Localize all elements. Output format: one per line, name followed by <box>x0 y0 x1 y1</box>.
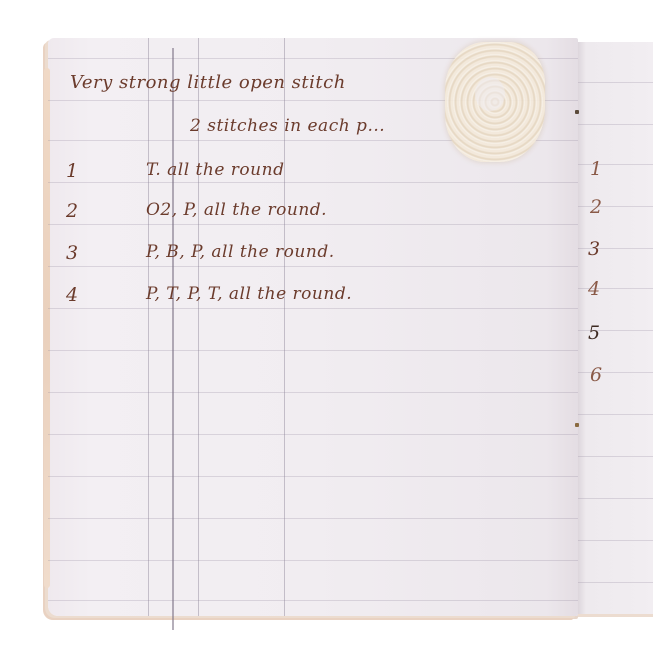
rule-line <box>578 498 653 499</box>
rule-line <box>578 582 653 583</box>
rule-line <box>578 82 653 83</box>
rule-line <box>48 434 578 435</box>
row-instruction: T. all the round <box>146 160 284 180</box>
rule-line <box>48 224 578 225</box>
row-number: 3 <box>66 242 79 264</box>
notebook-photo: Very strong little open stitch 2 stitche… <box>0 0 653 650</box>
right-row-number: 1 <box>590 158 603 180</box>
row-instruction: P, T, P, T, all the round. <box>146 284 352 304</box>
row-number: 4 <box>66 284 79 306</box>
right-row-number: 3 <box>588 238 601 260</box>
right-row-number: 6 <box>590 364 603 386</box>
right-page: 1 2 3 4 5 6 <box>578 42 653 614</box>
lace-sample <box>445 42 545 162</box>
row-instruction: O2, P, all the round. <box>146 200 327 220</box>
rule-line <box>48 392 578 393</box>
rule-line <box>578 540 653 541</box>
rule-line <box>48 266 578 267</box>
rule-line <box>48 182 578 183</box>
row-number: 2 <box>66 200 79 222</box>
binding-stitch-mark <box>575 423 579 427</box>
rule-line <box>48 518 578 519</box>
column-rule-double <box>172 48 174 630</box>
row-instruction: P, B, P, all the round. <box>146 242 335 262</box>
rule-line <box>48 600 578 601</box>
right-row-number: 2 <box>590 196 603 218</box>
rule-line <box>578 414 653 415</box>
rule-line <box>578 456 653 457</box>
subheading-text: 2 stitches in each p... <box>190 116 385 136</box>
right-row-number: 5 <box>588 322 601 344</box>
rule-line <box>48 308 578 309</box>
rule-line <box>48 476 578 477</box>
column-rule <box>148 38 149 616</box>
binding-stitch-mark <box>575 110 579 114</box>
rule-line <box>48 350 578 351</box>
row-number: 1 <box>66 160 79 182</box>
right-row-number: 4 <box>588 278 601 300</box>
heading-text: Very strong little open stitch <box>70 72 346 93</box>
rule-line <box>578 124 653 125</box>
rule-line <box>48 560 578 561</box>
